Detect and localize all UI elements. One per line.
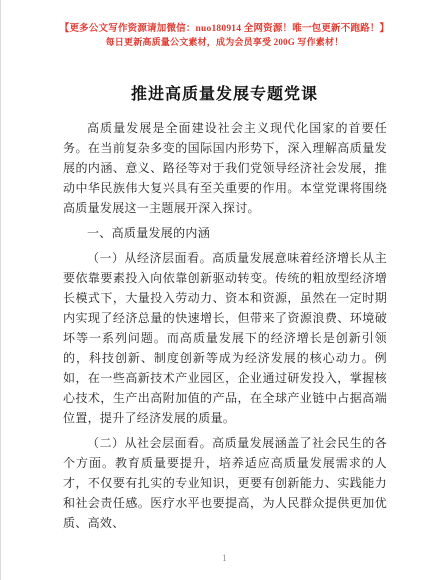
header-ad-line1: 【更多公文写作资源请加微信：nuo180914 全网资源！唯一包更新不跑路！】 bbox=[1, 22, 448, 36]
document-body: 高质量发展是全面建设社会主义现代化国家的首要任务。在当前复杂多变的国际国内形势下… bbox=[63, 118, 387, 533]
paragraph-intro: 高质量发展是全面建设社会主义现代化国家的首要任务。在当前复杂多变的国际国内形势下… bbox=[63, 118, 387, 218]
document-page: 【更多公文写作资源请加微信：nuo180914 全网资源！唯一包更新不跑路！】 … bbox=[0, 0, 448, 580]
paragraph-economic-level: （一）从经济层面看。高质量发展意味着经济增长从主要依靠要素投入向依靠创新驱动转变… bbox=[63, 248, 387, 428]
header-ad-banner: 【更多公文写作资源请加微信：nuo180914 全网资源！唯一包更新不跑路！】 … bbox=[1, 0, 448, 49]
page-footer: 1 bbox=[1, 553, 448, 563]
document-title: 推进高质量发展专题党课 bbox=[1, 83, 448, 107]
section-heading-1: 一、高质量发展的内涵 bbox=[63, 223, 387, 243]
paragraph-social-level: （二）从社会层面看。高质量发展涵盖了社会民生的各个方面。教育质量要提升，培养适应… bbox=[63, 433, 387, 533]
page-number: 1 bbox=[222, 553, 227, 563]
header-ad-line2: 每日更新高质量公文素材，成为会员享受 200G 写作素材！ bbox=[1, 36, 448, 49]
